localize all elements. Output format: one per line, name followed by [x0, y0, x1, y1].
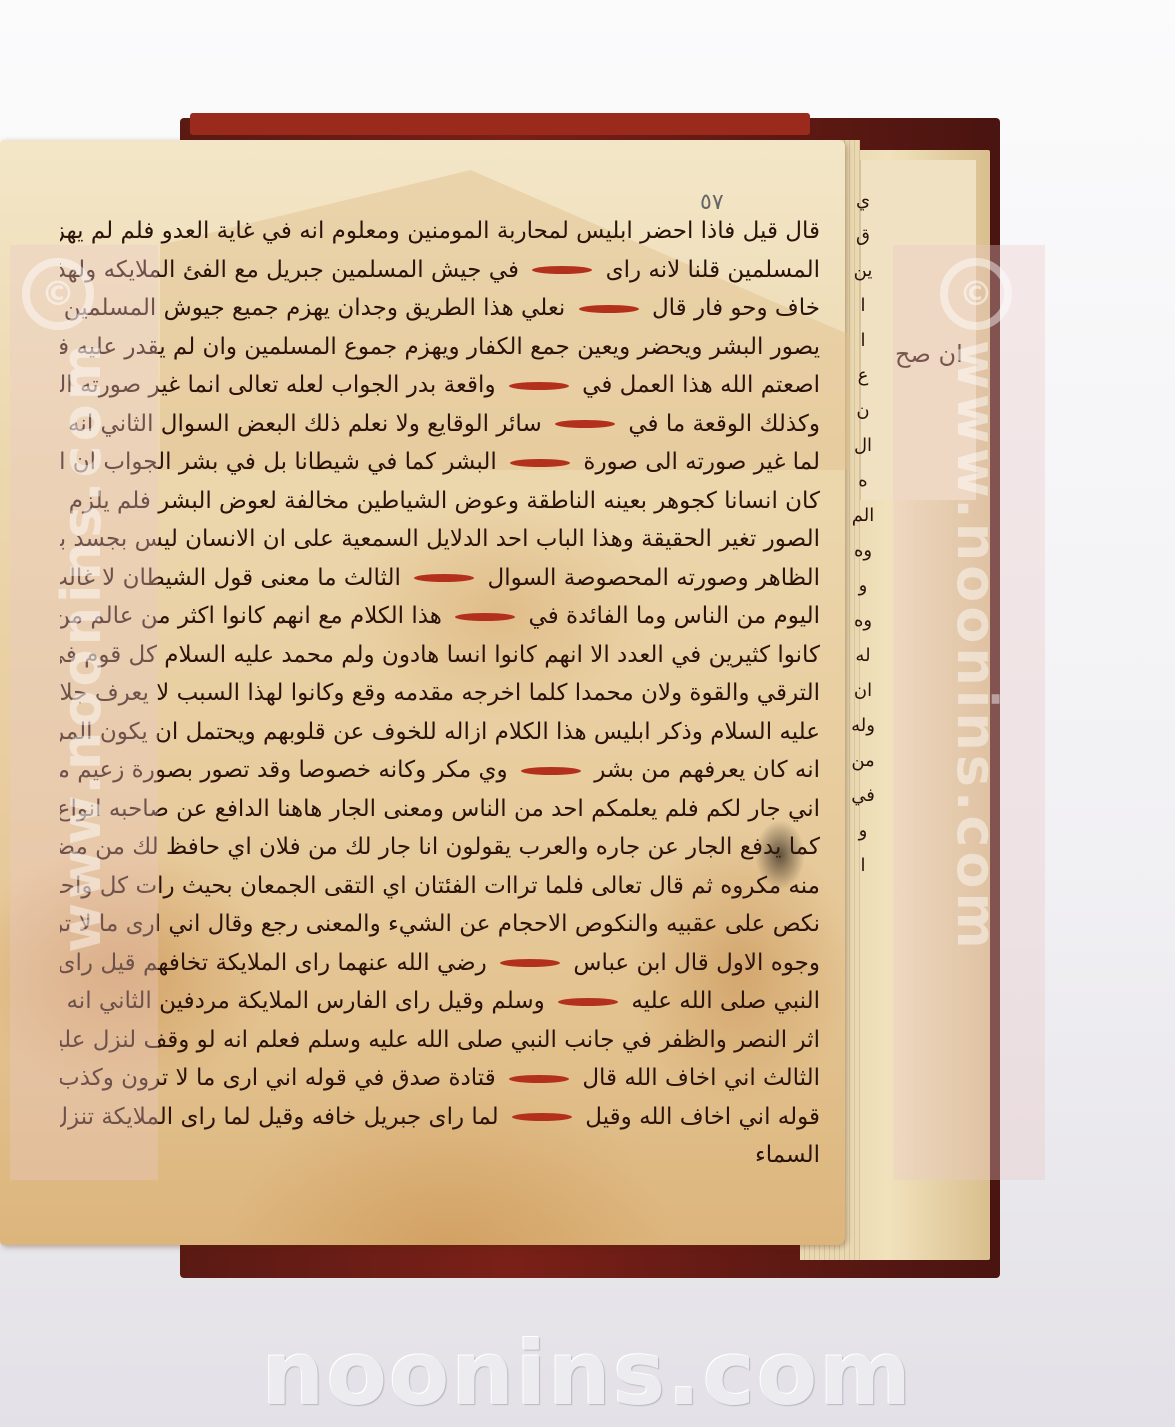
rubric-mark	[512, 1113, 572, 1121]
text-line: الصور تغير الحقيقة وهذا الباب احد الدلاي…	[60, 520, 820, 559]
side-letter: وه	[854, 540, 872, 561]
text-line: خاف وحو فار قال نعلي هذا الطريق وجدان يه…	[60, 289, 820, 328]
text-line: كان انسانا كجوهر بعينه الناطقة وعوض الشي…	[60, 482, 820, 521]
text-line: الظاهر وصورته المحصوصة السوال الثالث ما …	[60, 559, 820, 598]
rubric-mark	[521, 767, 581, 775]
side-letter: من	[851, 750, 874, 771]
manuscript-text: قال قيل فاذا احضر ابليس لمحاربة المومنين…	[60, 212, 820, 1175]
watermark-bottom: noonins.com	[0, 1322, 1175, 1425]
text-line: اثر النصر والظفر في جانب النبي صلى الله …	[60, 1021, 820, 1060]
rubric-mark	[532, 266, 592, 274]
text-line: نكص على عقبيه والنكوص الاحجام عن الشيء و…	[60, 905, 820, 944]
side-page-letters: يقينااعنالهالموهووهلهانولهمنفيوا	[848, 190, 878, 876]
rubric-mark	[555, 420, 615, 428]
side-letter: ال	[854, 435, 872, 456]
text-line: الثالث اني اخاف الله قال قتادة صدق في قو…	[60, 1059, 820, 1098]
text-line: اليوم من الناس وما الفائدة في هذا الكلام…	[60, 597, 820, 636]
text-line: كانوا كثيرين في العدد الا انهم كانوا انس…	[60, 636, 820, 675]
watermark-vertical-left: www.noonins.com	[50, 340, 113, 953]
rubric-mark	[558, 998, 618, 1006]
text-line: لما غير صورته الى صورة البشر كما في شيطا…	[60, 443, 820, 482]
side-letter: و	[859, 820, 868, 841]
side-letter: ين	[854, 260, 873, 281]
ink-stain	[755, 820, 805, 890]
side-letter: ه	[858, 470, 867, 491]
copyright-icon: ©	[22, 258, 94, 330]
side-letter: ن	[856, 400, 869, 421]
side-letter: ا	[860, 295, 865, 316]
text-line: السماء	[60, 1136, 820, 1175]
text-line: انه كان يعرفهم من بشر وي مكر وكانه خصوصا…	[60, 751, 820, 790]
rubric-mark	[509, 382, 569, 390]
copyright-icon: ©	[940, 258, 1012, 330]
text-line: كما يدفع الجار عن جاره والعرب يقولون انا…	[60, 828, 820, 867]
text-line: قال قيل فاذا احضر ابليس لمحاربة المومنين…	[60, 212, 820, 251]
side-letter: وله	[851, 715, 875, 736]
side-letter: ي	[856, 190, 870, 211]
rubric-mark	[510, 459, 570, 467]
text-line: منه مكروه ثم قال تعالى فلما تراات الفئتا…	[60, 867, 820, 906]
rubric-mark	[579, 305, 639, 313]
side-letter: وه	[854, 610, 872, 631]
rubric-mark	[414, 574, 474, 582]
side-letter: ان	[854, 680, 872, 701]
side-letter: ع	[858, 365, 869, 386]
rubric-mark	[455, 613, 515, 621]
text-line: النبي صلى الله عليه وسلم وقيل راى الفارس…	[60, 982, 820, 1021]
watermark-vertical-right: www.noonins.com	[945, 340, 1008, 953]
side-letter: الم	[852, 505, 874, 526]
cover-top-edge	[190, 113, 810, 135]
text-line: المسلمين قلنا لانه راى في جيش المسلمين ج…	[60, 251, 820, 290]
side-letter: له	[855, 645, 870, 666]
text-line: وكذلك الوقعة ما في سائر الوقايع ولا نعلم…	[60, 405, 820, 444]
rubric-mark	[509, 1075, 569, 1083]
text-line: وجوه الاول قال ابن عباس رضي الله عنهما ر…	[60, 944, 820, 983]
side-letter: ا	[860, 330, 865, 351]
side-letter: ق	[856, 225, 870, 246]
text-line: عليه السلام وذكر ابليس هذا الكلام ازاله …	[60, 713, 820, 752]
rubric-mark	[500, 959, 560, 967]
text-line: اصعتم الله هذا العمل في واقعة بدر الجواب…	[60, 366, 820, 405]
side-letter: ا	[860, 855, 865, 876]
side-letter: في	[851, 785, 875, 806]
text-line: الترقي والقوة ولان محمدا كلما اخرجه مقدم…	[60, 674, 820, 713]
side-letter: و	[859, 575, 868, 596]
text-line: قوله اني اخاف الله وقيل لما راى جبريل خا…	[60, 1098, 820, 1137]
text-line: اني جار لكم فلم يعلمكم احد من الناس ومعن…	[60, 790, 820, 829]
text-line: يصور البشر ويحضر ويعين جمع الكفار ويهزم …	[60, 328, 820, 367]
